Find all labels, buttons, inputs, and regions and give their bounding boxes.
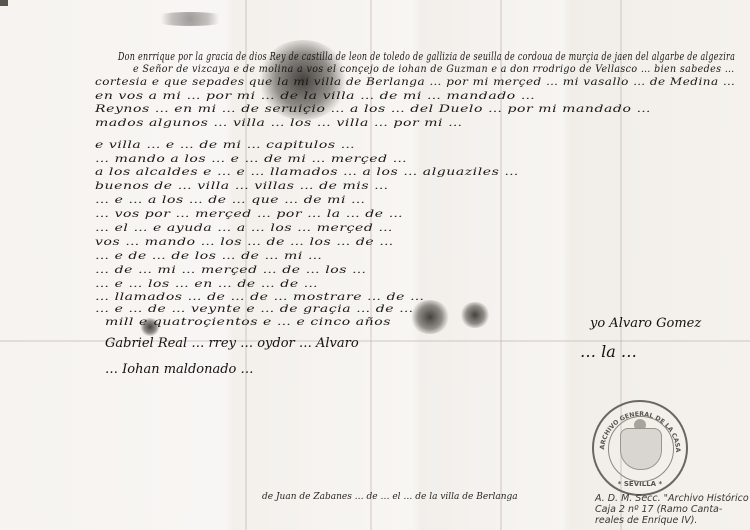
text-line: … e … los … en … de … de … <box>95 279 318 290</box>
text-line: e Señor de vizcaya e de molina a vos el … <box>133 64 735 75</box>
coat-of-arms-shield-icon <box>620 428 662 470</box>
archive-note-line: A. D. M. Secc. "Archivo Histórico <box>595 493 750 504</box>
text-line: … llamados … de … de … mostrare … de … <box>95 292 425 303</box>
text-line: a los alcaldes e … e … llamados … a los … <box>95 167 519 178</box>
text-line: Don enrrique por la gracia de dios Rey d… <box>118 50 735 63</box>
archive-reference-annotation: A. D. M. Secc. "Archivo Histórico Caja 2… <box>595 493 750 526</box>
text-line: … e de … de los … de … mi … <box>95 251 323 262</box>
chancery-footer-note: de Juan de Zabanes … de … el … de la vil… <box>262 492 518 502</box>
archive-note-line: reales de Enrique IV). <box>595 515 750 526</box>
text-line: … e … a los … de … que … de mi … <box>95 195 366 206</box>
manuscript-sheet: Don enrrique por la gracia de dios Rey d… <box>0 0 750 530</box>
text-line: mados algunos … villa … los … villa … po… <box>95 118 463 129</box>
text-line: Reynos … en mi … de seruiçio … a los … d… <box>95 104 651 115</box>
signature-right-bottom: … la … <box>580 342 637 361</box>
archive-note-line: Caja 2 nº 17 (Ramo Canta- <box>595 504 750 515</box>
text-line: … e … de … veynte e … de graçia … de … <box>95 304 414 315</box>
archive-seal-stamp: ARCHIVO GENERAL DE LA CASA DUCAL DE MEDI… <box>592 400 688 496</box>
text-line: vos … mando … los … de … los … de … <box>95 237 394 248</box>
text-line: … vos por … merçed … por … la … de … <box>95 209 403 220</box>
signature-left-first: Gabriel Real … rrey … oydor … Alvaro <box>105 336 359 351</box>
text-line: mill e quatroçientos e … e cinco años <box>105 317 391 328</box>
text-line: cortesia e que sepades que la mi villa d… <box>95 77 735 88</box>
text-line: buenos de … villa … villas … de mis … <box>95 181 389 192</box>
text-line: … el … e ayuda … a … los … merçed … <box>95 223 393 234</box>
text-line: … de … mi … merçed … de … los … <box>95 265 367 276</box>
text-line: … mando a los … e … de mi … merçed … <box>95 154 407 165</box>
signature-right-top: yo Alvaro Gomez <box>590 316 701 331</box>
signature-left-second: … Iohan maldonado … <box>105 362 254 377</box>
text-line: e villa … e … de mi … capitulos … <box>95 140 355 151</box>
text-line: en vos a mi … por mi … de la villa … de … <box>95 91 535 102</box>
